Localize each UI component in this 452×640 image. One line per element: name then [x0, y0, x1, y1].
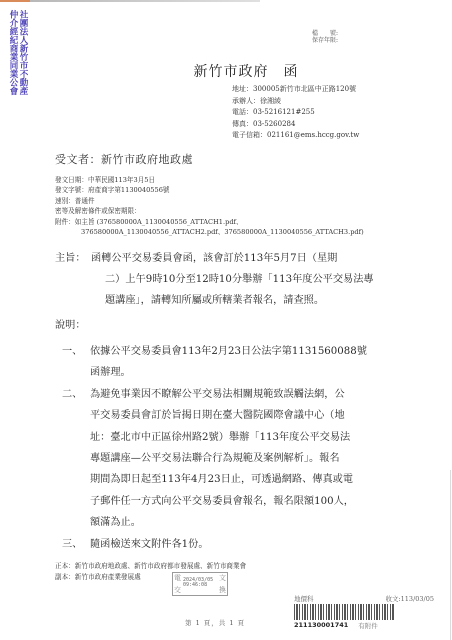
- association-stamp: 社團法人新竹市不動產 仲介經紀商業同業公會: [8, 10, 27, 95]
- barcode-number: 211130001741: [294, 621, 348, 630]
- retention-label: 保存年限:: [312, 37, 338, 44]
- item-line: 專題講座—公平交易法聯合行為規範及案例解析」。報名: [90, 448, 382, 469]
- item-line: 址：臺北市中正區徐州路2號）舉辦「113年度公平交易法: [90, 427, 382, 448]
- item-line: 為避免事業因不瞭解公平交易法相關規範致誤觸法網，公: [90, 384, 382, 405]
- exchange-receipt-stamp: 電 文 交 換 2024/03/05 09:46:08: [172, 572, 228, 596]
- issue-date: 發文日期：中華民國113年3月5日: [55, 175, 364, 185]
- contact-block: 地址：300005新竹市北區中正路120號 承辦人：徐湘綾 電話：03-5216…: [232, 84, 359, 142]
- subject-section: 主旨： 函轉公平交易委員會函，該會訂於113年5月7日（星期 二）上午9時10分…: [55, 248, 365, 311]
- item-line: 平交易委員會訂於旨揭日期在臺大醫院國際會議中心（地: [90, 405, 382, 426]
- barcode-icon: [294, 604, 394, 620]
- subject-line: 函轉公平交易委員會函，該會訂於113年5月7日（星期: [91, 248, 365, 269]
- speed-class: 速別：普通件: [55, 196, 364, 206]
- email: 電子信箱：021161@ems.hccg.gov.tw: [232, 130, 359, 142]
- document-meta: 發文日期：中華民國113年3月5日 發文字號：府產商字第1130040556號 …: [55, 175, 364, 237]
- file-info: 檔 號: 保存年限:: [312, 30, 338, 44]
- item-line: 期間為即日起至113年4月23日止，可透過網路、傳真或電: [90, 469, 382, 490]
- secrecy-level: 密等及解密條件或保密期限：: [55, 206, 364, 216]
- subject-line: 二）上午9時10分至12時10分舉辦「113年度公平交易法專: [91, 269, 365, 290]
- stamp-column-1: 社團法人新竹市不動產: [18, 10, 27, 95]
- explanation-items: 一、 依據公平交易委員會113年2月23日公法字第1131560088號 函辦理…: [62, 341, 382, 555]
- file-number-label: 檔 號:: [312, 30, 338, 37]
- attachment-note: 有附件: [358, 621, 378, 630]
- stamp-datetime: 2024/03/05 09:46:08: [183, 578, 213, 588]
- attachments-line-1: 附件：如主旨 (376580000A_1130040556_ATTACH1.pd…: [55, 217, 364, 227]
- phone: 電話：03-5216121#255: [232, 107, 359, 119]
- received-date: 收文:113/03/05: [385, 594, 434, 603]
- handler: 承辦人：徐湘綾: [232, 96, 359, 108]
- item-number: 三、: [62, 534, 82, 555]
- scan-right-edge: [450, 470, 451, 640]
- subject-label: 主旨：: [55, 248, 86, 269]
- original-recipients: 正本：新竹市政府地政處、新竹市政府都市發展處、新竹市商業會: [55, 561, 246, 572]
- subject-line: 題講座」，請轉知所屬或所轄業者報名，請查照。: [91, 290, 365, 311]
- stamp-corner: 交: [174, 585, 181, 595]
- stamp-corner: 文: [219, 573, 226, 583]
- stamp-column-2: 仲介經紀商業同業公會: [8, 10, 17, 95]
- stamp-corner: 電: [174, 573, 181, 583]
- item-number: 二、: [62, 384, 82, 405]
- attachments-line-2: 376580000A_1130040556_ATTACH2.pdf、376580…: [55, 227, 364, 237]
- page-number: 第 1 頁，共 1 頁: [185, 618, 245, 627]
- receipt-barcode-block: 地價科 收文:113/03/05 211130001741 有附件: [294, 594, 434, 630]
- department-label: 地價科: [294, 594, 314, 603]
- item-line: 子郵件任一方式向公平交易委員會報名，報名限額100人，: [90, 491, 382, 512]
- item-number: 一、: [62, 341, 82, 362]
- stamp-time: 09:46:08: [183, 583, 213, 588]
- receiver: 受文者：新竹市政府地政處: [55, 151, 193, 167]
- scan-top-edge: [0, 0, 260, 2]
- document-title: 新竹市政府 函: [0, 61, 452, 81]
- item-line: 額滿為止。: [90, 512, 382, 533]
- stamp-corner: 換: [219, 585, 226, 595]
- explanation-item-1: 一、 依據公平交易委員會113年2月23日公法字第1131560088號 函辦理…: [62, 341, 382, 384]
- item-line: 依據公平交易委員會113年2月23日公法字第1131560088號: [90, 341, 382, 362]
- item-line: 隨函檢送來文附件各1份。: [90, 534, 382, 555]
- explanation-item-3: 三、 隨函檢送來文附件各1份。: [62, 534, 382, 555]
- explanation-item-2: 二、 為避免事業因不瞭解公平交易法相關規範致誤觸法網，公 平交易委員會訂於旨揭日…: [62, 384, 382, 534]
- fax: 傳真：03-5260284: [232, 119, 359, 131]
- explanation-label: 說明：: [55, 316, 86, 331]
- document-number: 發文字號：府產商字第1130040556號: [55, 185, 364, 195]
- address: 地址：300005新竹市北區中正路120號: [232, 84, 359, 96]
- item-line: 函辦理。: [90, 362, 382, 383]
